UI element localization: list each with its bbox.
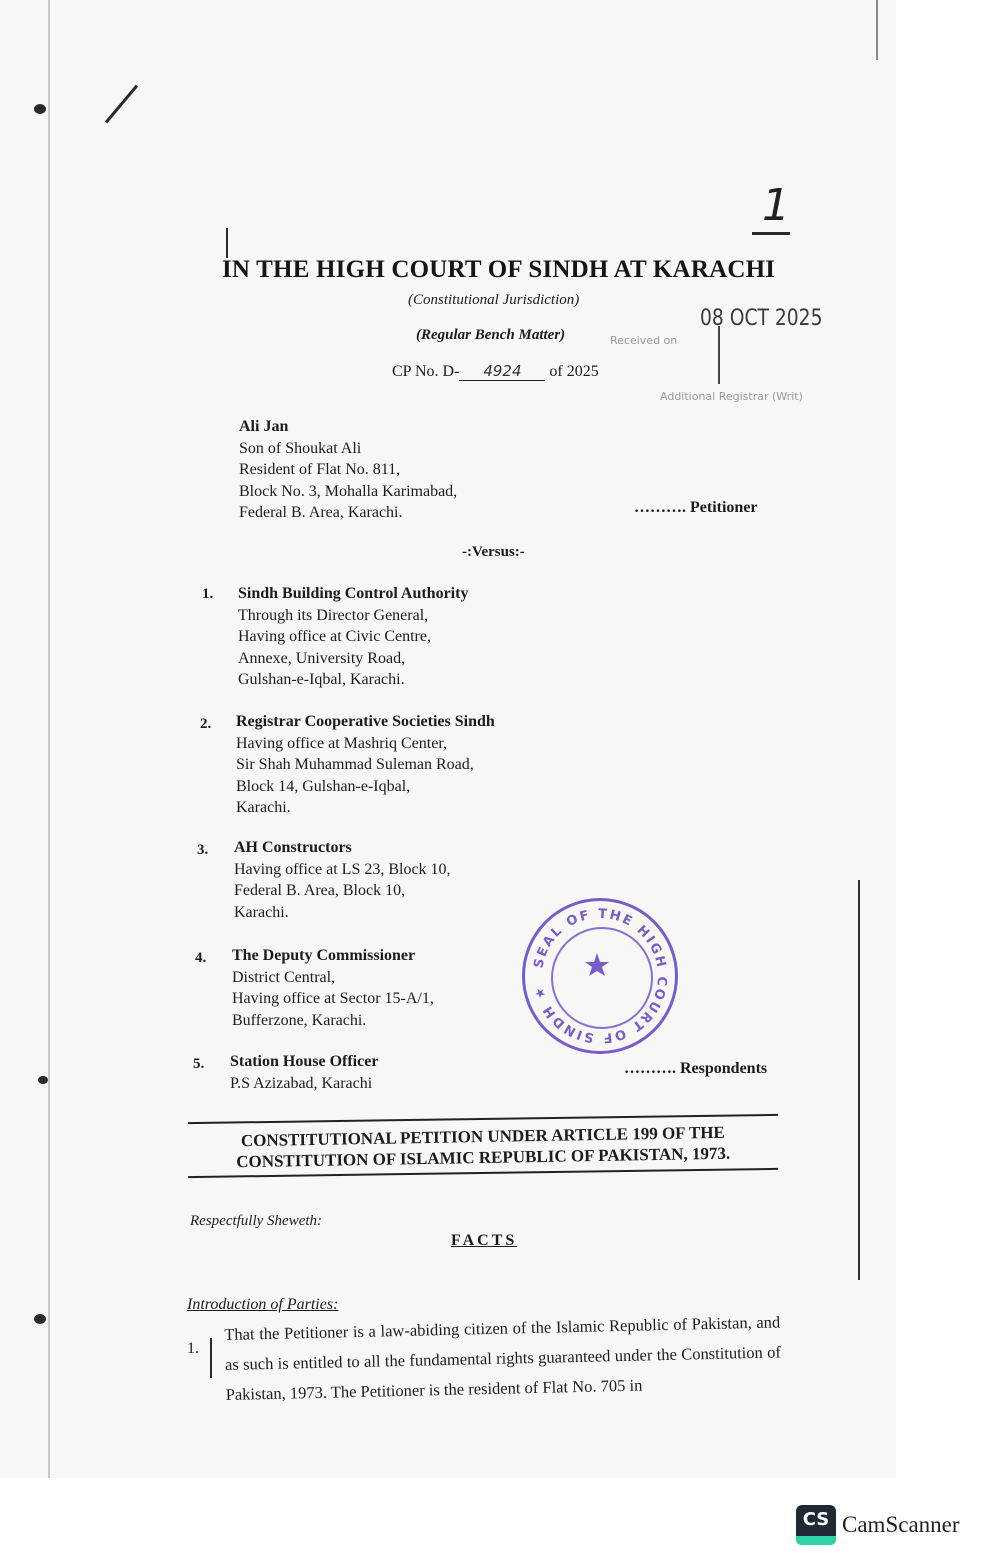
scan-mark <box>226 228 228 258</box>
logo-text: CS <box>796 1509 836 1530</box>
svg-text:SEAL OF THE HIGH COURT OF SIND: SEAL OF THE HIGH COURT OF SINDH ★ <box>531 907 669 1045</box>
jurisdiction-label: (Constitutional Jurisdiction) <box>408 292 579 309</box>
scan-mark <box>38 1076 48 1084</box>
case-prefix: CP No. D- <box>392 363 459 380</box>
respondent-line: District Central, <box>232 967 434 989</box>
respondent-name: Sindh Building Control Authority <box>238 583 468 605</box>
stamp-officer-line: Additional Registrar (Writ) <box>660 390 803 403</box>
punch-hole-mark <box>34 104 46 114</box>
facts-heading: FACTS <box>451 1232 517 1250</box>
scan-mark <box>105 85 138 124</box>
case-number: CP No. D-4924 of 2025 <box>392 362 599 381</box>
petitioner-line: Son of Shoukat Ali <box>239 438 457 460</box>
paragraph-text: That the Petitioner is a law-abiding cit… <box>224 1307 782 1410</box>
respondent-line: Having office at Sector 15-A/1, <box>232 988 434 1010</box>
respondent-number: 5. <box>193 1056 204 1073</box>
bench-label: (Regular Bench Matter) <box>416 327 565 344</box>
salutation: Respectfully Sheweth: <box>190 1213 322 1230</box>
respondent-line: Having office at Mashriq Center, <box>236 733 495 755</box>
stamp-signature-stroke <box>718 326 720 384</box>
scan-streak <box>48 0 50 1478</box>
respondent-number: 2. <box>200 716 211 733</box>
respondent-line: Gulshan-e-Iqbal, Karachi. <box>238 669 468 691</box>
page-number-underline <box>752 232 790 235</box>
respondent-name: Registrar Cooperative Societies Sindh <box>236 711 495 733</box>
respondent-2: Registrar Cooperative Societies Sindh Ha… <box>236 711 495 819</box>
petitioner-name: Ali Jan <box>239 416 457 438</box>
respondent-line: Bufferzone, Karachi. <box>232 1010 434 1032</box>
petitioner-role: ………. Petitioner <box>634 497 758 519</box>
case-number-handwritten: 4924 <box>459 362 545 381</box>
respondent-number: 1. <box>202 586 213 603</box>
petitioner-line: Block No. 3, Mohalla Karimabad, <box>239 481 457 503</box>
court-seal-stamp: SEAL OF THE HIGH COURT OF SINDH ★ <box>522 898 678 1054</box>
petitioner-line: Resident of Flat No. 811, <box>239 459 457 481</box>
respondent-3: AH Constructors Having office at LS 23, … <box>234 837 451 923</box>
respondent-line: Karachi. <box>234 902 451 924</box>
stamp-received-line: Received on <box>610 334 677 347</box>
respondent-line: Annexe, University Road, <box>238 648 468 670</box>
respondent-line: Having office at Civic Centre, <box>238 626 468 648</box>
punch-hole-mark <box>34 1314 46 1324</box>
petitioner-block: Ali Jan Son of Shoukat Ali Resident of F… <box>239 416 457 524</box>
respondent-name: The Deputy Commissioner <box>232 945 434 967</box>
scan-streak <box>876 0 878 60</box>
versus-label: -:Versus:- <box>462 544 525 561</box>
page-number-handwritten: 1 <box>762 180 790 231</box>
respondent-name: Station House Officer <box>230 1051 378 1073</box>
margin-mark <box>210 1338 212 1378</box>
respondent-line: Karachi. <box>236 797 495 819</box>
logo-accent-bar <box>796 1536 836 1545</box>
respondent-line: P.S Azizabad, Karachi <box>230 1073 378 1095</box>
respondent-1: Sindh Building Control Authority Through… <box>238 583 468 691</box>
case-suffix: of 2025 <box>549 363 598 380</box>
respondent-name: AH Constructors <box>234 837 451 859</box>
respondent-5: Station House Officer P.S Azizabad, Kara… <box>230 1051 378 1094</box>
respondent-number: 4. <box>195 950 206 967</box>
respondent-line: Sir Shah Muhammad Suleman Road, <box>236 754 495 776</box>
petitioner-line: Federal B. Area, Karachi. <box>239 502 457 524</box>
respondent-line: Through its Director General, <box>238 605 468 627</box>
seal-crescent-star-icon: SEAL OF THE HIGH COURT OF SINDH ★ <box>525 901 675 1051</box>
respondent-line: Having office at LS 23, Block 10, <box>234 859 451 881</box>
respondent-number: 3. <box>197 842 208 859</box>
camscanner-logo-icon: CS <box>796 1505 836 1545</box>
petition-heading-text: CONSTITUTIONAL PETITION UNDER ARTICLE 19… <box>188 1115 779 1177</box>
section-heading: Introduction of Parties: <box>187 1296 338 1314</box>
court-title: IN THE HIGH COURT OF SINDH AT KARACHI <box>222 256 775 284</box>
petition-heading: CONSTITUTIONAL PETITION UNDER ARTICLE 19… <box>188 1118 778 1174</box>
scan-streak <box>858 880 860 1280</box>
respondent-line: Block 14, Gulshan-e-Iqbal, <box>236 776 495 798</box>
scanned-page: 1 IN THE HIGH COURT OF SINDH AT KARACHI … <box>0 0 896 1478</box>
camscanner-name: CamScanner <box>842 1512 960 1538</box>
respondent-4: The Deputy Commissioner District Central… <box>232 945 434 1031</box>
respondent-line: Federal B. Area, Block 10, <box>234 880 451 902</box>
respondents-role: ………. Respondents <box>624 1058 767 1080</box>
paragraph-number: 1. <box>187 1340 199 1358</box>
